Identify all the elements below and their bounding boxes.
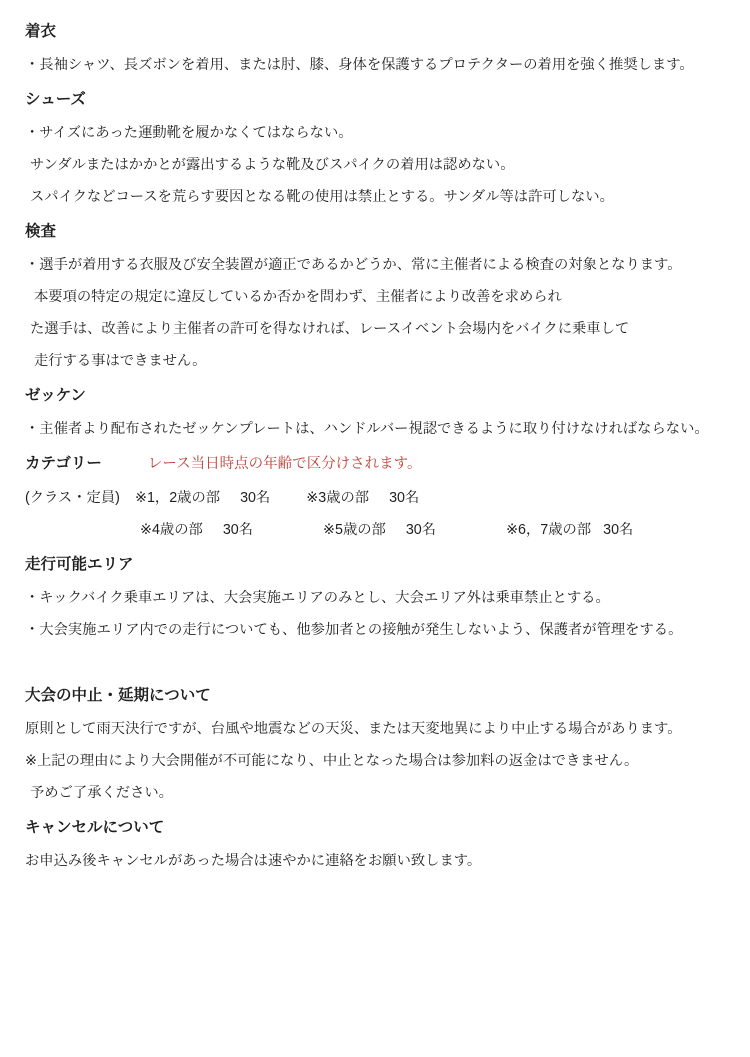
body-line: 原則として雨天決行ですが、台風や地震などの天災、または天変地異により中止する場合… (25, 720, 725, 739)
section-heading-bib: ゼッケン (25, 386, 725, 405)
body-line: ※上記の理由により大会開催が不可能になり、中止となった場合は参加料の返金はできま… (25, 752, 725, 771)
section-heading-riding-area: 走行可能エリア (25, 555, 725, 574)
body-line: 予めご了承ください。 (25, 784, 725, 803)
category-item: ※5歳の部30名 (323, 521, 436, 540)
category-item-name: ※3歳の部 (306, 490, 369, 506)
category-item-count: 30名 (406, 522, 436, 538)
section-postponement: 大会の中止・延期について 原則として雨天決行ですが、台風や地震などの天災、または… (25, 686, 725, 803)
section-bib: ゼッケン ・主催者より配布されたゼッケンプレートは、ハンドルバー視認できるように… (25, 386, 725, 439)
section-heading-postponement: 大会の中止・延期について (25, 686, 725, 705)
body-line: 本要項の特定の規定に違反しているか否かを問わず、主催者により改善を求められ (25, 288, 725, 307)
category-item: ※6，7歳の部30名 (506, 521, 633, 540)
category-classes-row-1: (クラス・定員)※1，2歳の部30名※3歳の部30名 (25, 489, 725, 508)
section-clothing: 着衣 ・長袖シャツ、長ズボンを着用、または肘、膝、身体を保護するプロテクターの着… (25, 22, 725, 75)
category-item-count: 30名 (240, 490, 270, 506)
category-item: ※4歳の部30名 (140, 521, 253, 540)
section-heading-category: カテゴリーレース当日時点の年齢で区分けされます。 (25, 454, 725, 474)
category-class-label: (クラス・定員) (25, 489, 135, 508)
category-heading-label: カテゴリー (25, 455, 102, 472)
section-heading-inspection: 検査 (25, 222, 725, 241)
section-cancel: キャンセルについて お申込み後キャンセルがあった場合は速やかに連絡をお願い致しま… (25, 818, 725, 871)
category-item: ※1，2歳の部30名 (135, 489, 270, 508)
section-category: カテゴリーレース当日時点の年齢で区分けされます。 (クラス・定員)※1，2歳の部… (25, 454, 725, 540)
category-red-note: レース当日時点の年齢で区分けされます。 (148, 456, 422, 472)
body-line: 走行する事はできません。 (25, 352, 725, 371)
section-heading-cancel: キャンセルについて (25, 818, 725, 837)
body-line: ・サイズにあった運動靴を履かなくてはならない。 (25, 124, 725, 143)
section-heading-shoes: シューズ (25, 90, 725, 109)
body-line: ・主催者より配布されたゼッケンプレートは、ハンドルバー視認できるように取り付けな… (25, 420, 725, 439)
category-item-name: ※1，2歳の部 (135, 490, 220, 506)
category-item-count: 30名 (223, 522, 253, 538)
section-inspection: 検査 ・選手が着用する衣服及び安全装置が適正であるかどうか、常に主催者による検査… (25, 222, 725, 371)
category-item: ※3歳の部30名 (306, 489, 419, 508)
body-line: お申込み後キャンセルがあった場合は速やかに連絡をお願い致します。 (25, 852, 725, 871)
category-item-count: 30名 (603, 522, 633, 538)
document-page: 着衣 ・長袖シャツ、長ズボンを着用、または肘、膝、身体を保護するプロテクターの着… (0, 0, 750, 1057)
section-shoes: シューズ ・サイズにあった運動靴を履かなくてはならない。 サンダルまたはかかとが… (25, 90, 725, 207)
category-item-name: ※6，7歳の部 (506, 522, 591, 538)
body-line: ・選手が着用する衣服及び安全装置が適正であるかどうか、常に主催者による検査の対象… (25, 256, 725, 275)
category-item-count: 30名 (389, 490, 419, 506)
body-line: ・キックバイク乗車エリアは、大会実施エリアのみとし、大会エリア外は乗車禁止とする… (25, 589, 725, 608)
category-item-name: ※5歳の部 (323, 522, 386, 538)
category-classes-row-2: ※4歳の部30名※5歳の部30名※6，7歳の部30名 (25, 521, 725, 540)
section-heading-clothing: 着衣 (25, 22, 725, 41)
body-line: ・大会実施エリア内での走行についても、他参加者との接触が発生しないよう、保護者が… (25, 621, 725, 640)
body-line: ・長袖シャツ、長ズボンを着用、または肘、膝、身体を保護するプロテクターの着用を強… (25, 56, 725, 75)
body-line: サンダルまたはかかとが露出するような靴及びスパイクの着用は認めない。 (25, 156, 725, 175)
body-line: スパイクなどコースを荒らす要因となる靴の使用は禁止とする。サンダル等は許可しない… (25, 188, 725, 207)
section-riding-area: 走行可能エリア ・キックバイク乗車エリアは、大会実施エリアのみとし、大会エリア外… (25, 555, 725, 640)
body-line: た選手は、改善により主催者の許可を得なければ、レースイベント会場内をバイクに乗車… (25, 320, 725, 339)
category-item-name: ※4歳の部 (140, 522, 203, 538)
